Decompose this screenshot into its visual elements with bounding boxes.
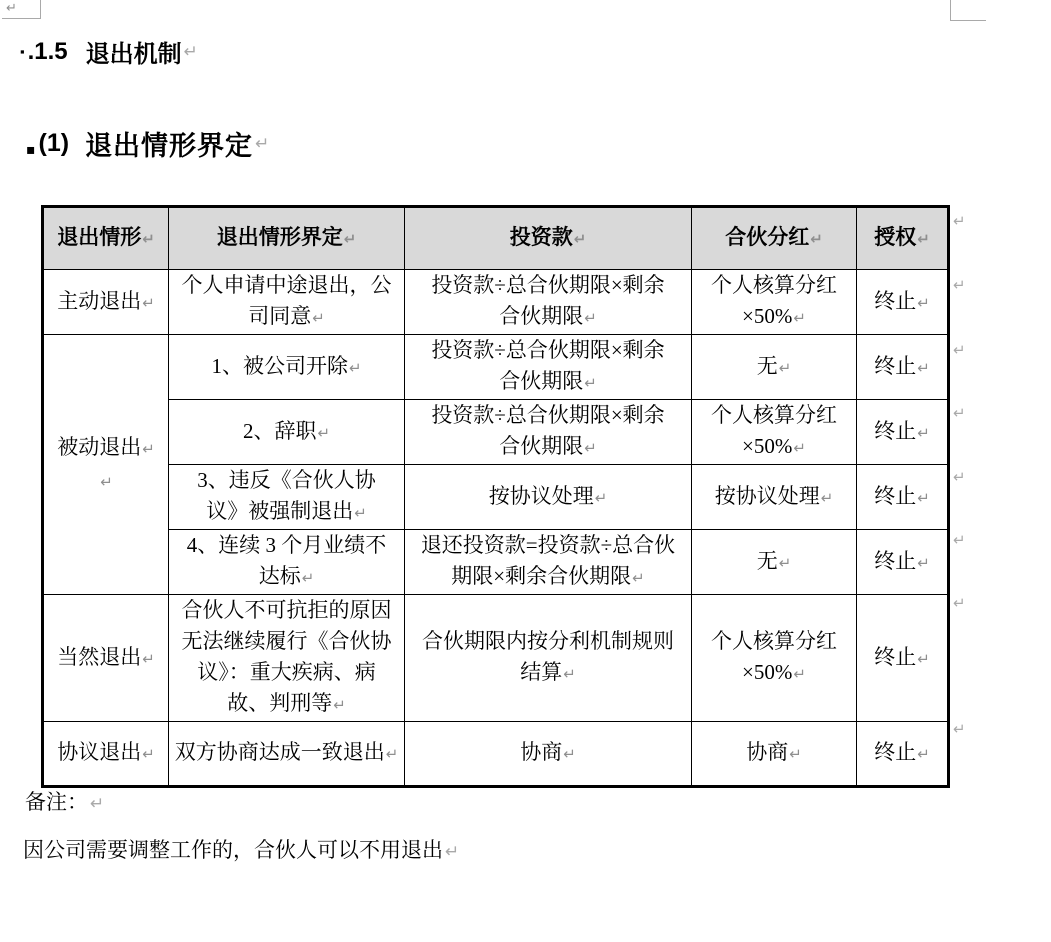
table-cell: 终止↵ xyxy=(857,530,949,595)
table-header-row: 退出情形↵ 退出情形界定↵ 投资款↵ 合伙分红↵ 授权↵ xyxy=(43,207,949,270)
table-row: 4、连续 3 个月业绩不 达标↵ 退还投资款=投资款÷总合伙 期限×剩余合伙期限… xyxy=(43,530,949,595)
row-end-mark: ↵ xyxy=(953,468,966,486)
table-cell: 终止↵ xyxy=(857,335,949,400)
table-cell: 终止↵ xyxy=(857,722,949,787)
table-cell: 协商↵ xyxy=(405,722,692,787)
table-cell: 协议退出↵ xyxy=(43,722,169,787)
table-cell: 个人核算分红 ×50%↵ xyxy=(692,595,857,722)
note-text-line: 因公司需要调整工作的，合伙人可以不用退出↵ xyxy=(23,834,459,864)
paragraph-mark: ↵ xyxy=(255,134,269,154)
table-cell: 1、被公司开除↵ xyxy=(169,335,405,400)
row-end-mark: ↵ xyxy=(953,404,966,422)
section-title: 退出情形界定 xyxy=(85,124,253,163)
note-label: 备注： xyxy=(25,790,88,814)
table-cell: 主动退出↵ xyxy=(43,270,169,335)
table-cell: 个人核算分红 ×50%↵ xyxy=(692,270,857,335)
row-end-mark: ↵ xyxy=(953,341,966,359)
table-row: 当然退出↵ 合伙人不可抗拒的原因 无法继续履行《合伙协 议》：重大疾病、病 故、… xyxy=(43,595,949,722)
table-cell: 合伙期限内按分利机制规则 结算↵ xyxy=(405,595,692,722)
table-row: 2、辞职↵ 投资款÷总合伙期限×剩余 合伙期限↵ 个人核算分红 ×50%↵ 终止… xyxy=(43,400,949,465)
table-cell: 终止↵ xyxy=(857,400,949,465)
note-text: 因公司需要调整工作的，合伙人可以不用退出 xyxy=(23,838,443,862)
row-end-mark: ↵ xyxy=(953,594,966,612)
table-header-cell: 退出情形↵ xyxy=(43,207,169,270)
document-page: ↵ ▪.1.5退出机制↵ ▪(1)退出情形界定↵ 退出情形↵ 退出情形界定↵ 投… xyxy=(0,0,1051,942)
table-header-cell: 合伙分红↵ xyxy=(692,207,857,270)
table-cell: 终止↵ xyxy=(857,595,949,722)
table-row: 被动退出↵↵ 1、被公司开除↵ 投资款÷总合伙期限×剩余 合伙期限↵ 无↵ 终止… xyxy=(43,335,949,400)
paragraph-mark: ↵ xyxy=(6,1,17,16)
heading-bullet-icon: ▪ xyxy=(20,45,25,58)
paragraph-mark: ↵ xyxy=(184,42,198,62)
page-title: 退出机制 xyxy=(86,34,182,69)
table-header-cell: 退出情形界定↵ xyxy=(169,207,405,270)
table-cell: 终止↵ xyxy=(857,465,949,530)
note-label-line: 备注：↵ xyxy=(25,786,104,816)
table-cell: 双方协商达成一致退出↵ xyxy=(169,722,405,787)
margin-corner-left-hline xyxy=(2,18,41,19)
table-cell: 3、违反《合伙人协 议》被强制退出↵ xyxy=(169,465,405,530)
table-cell: 当然退出↵ xyxy=(43,595,169,722)
row-end-mark: ↵ xyxy=(953,276,966,294)
heading-number: .1.5 xyxy=(28,38,68,66)
table-cell: 个人申请中途退出，公 司同意↵ xyxy=(169,270,405,335)
heading-2: ▪(1)退出情形界定↵ xyxy=(26,124,269,163)
table-cell: 按协议处理↵ xyxy=(692,465,857,530)
table-row: 协议退出↵ 双方协商达成一致退出↵ 协商↵ 协商↵ 终止↵ xyxy=(43,722,949,787)
table-row: 3、违反《合伙人协 议》被强制退出↵ 按协议处理↵ 按协议处理↵ 终止↵ xyxy=(43,465,949,530)
row-end-mark: ↵ xyxy=(953,531,966,549)
table-cell: 4、连续 3 个月业绩不 达标↵ xyxy=(169,530,405,595)
table-cell: 合伙人不可抗拒的原因 无法继续履行《合伙协 议》：重大疾病、病 故、判刑等↵ xyxy=(169,595,405,722)
heading-number: (1) xyxy=(39,129,70,158)
table-cell: 无↵ xyxy=(692,530,857,595)
exit-mechanism-table: 退出情形↵ 退出情形界定↵ 投资款↵ 合伙分红↵ 授权↵ 主动退出↵ 个人申请中… xyxy=(41,205,950,788)
table-cell: 投资款÷总合伙期限×剩余 合伙期限↵ xyxy=(405,335,692,400)
table-cell: 个人核算分红 ×50%↵ xyxy=(692,400,857,465)
table-header-cell: 投资款↵ xyxy=(405,207,692,270)
table-row: 主动退出↵ 个人申请中途退出，公 司同意↵ 投资款÷总合伙期限×剩余 合伙期限↵… xyxy=(43,270,949,335)
table-cell: 退还投资款=投资款÷总合伙 期限×剩余合伙期限↵ xyxy=(405,530,692,595)
table-cell: 投资款÷总合伙期限×剩余 合伙期限↵ xyxy=(405,400,692,465)
margin-corner-left-vline xyxy=(40,0,41,19)
table-cell: 2、辞职↵ xyxy=(169,400,405,465)
table-cell: 按协议处理↵ xyxy=(405,465,692,530)
margin-corner-right-hline xyxy=(950,20,986,21)
row-end-mark: ↵ xyxy=(953,720,966,738)
heading-bullet-icon: ▪ xyxy=(26,143,36,157)
table-cell: 终止↵ xyxy=(857,270,949,335)
paragraph-mark: ↵ xyxy=(445,842,459,862)
table-cell: 投资款÷总合伙期限×剩余 合伙期限↵ xyxy=(405,270,692,335)
paragraph-mark: ↵ xyxy=(90,794,104,814)
heading-1: ▪.1.5退出机制↵ xyxy=(20,34,198,69)
margin-corner-right-vline xyxy=(950,0,951,21)
table-cell: 协商↵ xyxy=(692,722,857,787)
table-cell-merged: 被动退出↵↵ xyxy=(43,335,169,595)
table-cell: 无↵ xyxy=(692,335,857,400)
row-end-mark: ↵ xyxy=(953,212,966,230)
table-header-cell: 授权↵ xyxy=(857,207,949,270)
